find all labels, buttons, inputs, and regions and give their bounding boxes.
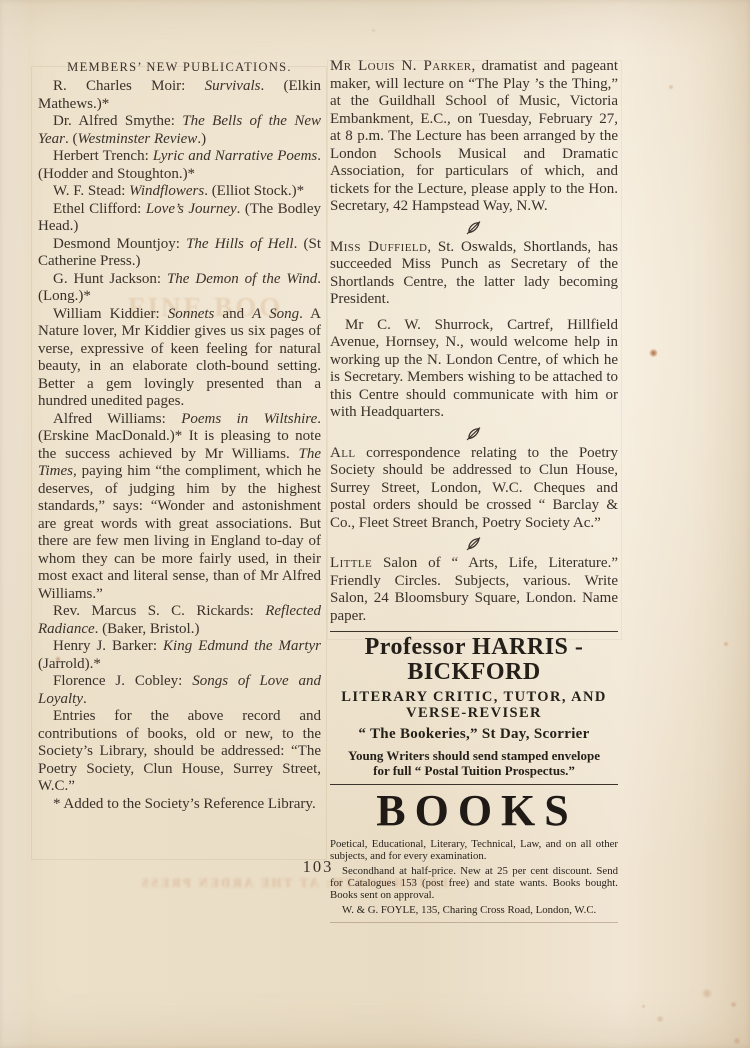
notice-parker-lecture: Mr Louis N. Parker, dramatist and pagean… bbox=[330, 58, 618, 216]
show-through-imprint: LETCHWORTH: AT THE ARDEN PRESS bbox=[148, 876, 448, 891]
advert-headline: Professor HARRIS - BICKFORD bbox=[330, 635, 618, 685]
notice-duffield: Miss Duffield, St. Oswalds, Shortlands, … bbox=[330, 239, 618, 309]
section-divider bbox=[330, 426, 618, 442]
advert-note: for full “ Postal Tuition Prospectus.” bbox=[330, 764, 618, 779]
publication-entry: W. F. Stead: Windflowers. (Elliot Stock.… bbox=[38, 183, 321, 201]
harris-bickford-advert: Professor HARRIS - BICKFORD LITERARY CRI… bbox=[330, 635, 618, 778]
leaf-ornament-icon bbox=[466, 220, 482, 235]
publication-entry: Henry J. Barker: King Edmund the Martyr … bbox=[38, 638, 321, 673]
publication-entry: Dr. Alfred Smythe: The Bells of the New … bbox=[38, 113, 321, 148]
section-heading: MEMBERS’ NEW PUBLICATIONS. bbox=[38, 60, 321, 75]
foxing-spot bbox=[649, 349, 658, 357]
publication-entry: William Kiddier: Sonnets and A Song. A N… bbox=[38, 306, 321, 411]
notice-shurrock: Mr C. W. Shurrock, Cartref, Hillfield Av… bbox=[330, 317, 618, 422]
publication-entry: Desmond Mountjoy: The Hills of Hell. (St… bbox=[38, 236, 321, 271]
advert-role-line: VERSE-REVISER bbox=[330, 705, 618, 721]
notice-little-salon: Little Salon of “ Arts, Life, Literature… bbox=[330, 555, 618, 625]
foxing-spot bbox=[723, 641, 729, 647]
publication-entry: Herbert Trench: Lyric and Narrative Poem… bbox=[38, 148, 321, 183]
publication-entry: Ethel Clifford: Love’s Journey. (The Bod… bbox=[38, 201, 321, 236]
right-column: Mr Louis N. Parker, dramatist and pagean… bbox=[330, 58, 618, 923]
publication-entry: R. Charles Moir: Survivals. (Elkin Mathe… bbox=[38, 78, 321, 113]
advert-note: Young Writers should send stamped envelo… bbox=[330, 749, 618, 764]
advert-bottom-rule bbox=[330, 922, 618, 923]
foxing-spot bbox=[730, 1001, 737, 1008]
foxing-spot bbox=[701, 988, 713, 999]
page-number: 103 bbox=[292, 857, 344, 877]
foyle-books-advert: BOOKS Poetical, Educational, Literary, T… bbox=[330, 788, 618, 916]
foxing-spot bbox=[641, 1004, 646, 1009]
foxing-spot bbox=[656, 1015, 664, 1023]
publication-entry: Rev. Marcus S. C. Rickards: Reflected Ra… bbox=[38, 603, 321, 638]
section-divider bbox=[330, 536, 618, 552]
notice-correspondence: All correspondence relating to the Poetr… bbox=[330, 445, 618, 533]
advert-divider-rule bbox=[330, 784, 618, 785]
scanned-page: FINE BOO MEMBERS’ NEW PUBLICATIONS. R. C… bbox=[0, 0, 750, 1048]
advert-headline: BOOKS bbox=[330, 788, 618, 834]
leaf-ornament-icon bbox=[466, 536, 482, 551]
foxing-spot bbox=[668, 84, 674, 90]
reference-library-note: * Added to the Society’s Reference Libra… bbox=[38, 796, 321, 814]
section-divider bbox=[330, 220, 618, 236]
foxing-spot bbox=[733, 1037, 741, 1045]
left-column: MEMBERS’ NEW PUBLICATIONS. R. Charles Mo… bbox=[38, 58, 321, 813]
advert-body-text: Poetical, Educational, Literary, Technic… bbox=[330, 838, 618, 862]
publication-entry: G. Hunt Jackson: The Demon of the Wind. … bbox=[38, 271, 321, 306]
advert-address: “ The Bookeries,” St Day, Scorrier bbox=[330, 726, 618, 743]
advert-divider-rule bbox=[330, 631, 618, 632]
advert-address: W. & G. FOYLE, 135, Charing Cross Road, … bbox=[330, 904, 618, 916]
leaf-ornament-icon bbox=[466, 426, 482, 441]
advert-role-line: LITERARY CRITIC, TUTOR, AND bbox=[330, 689, 618, 705]
entries-notice: Entries for the above record and contrib… bbox=[38, 708, 321, 796]
foxing-spot bbox=[371, 28, 376, 33]
publication-entry: Alfred Williams: Poems in Wiltshire. (Er… bbox=[38, 411, 321, 604]
publication-entry: Florence J. Cobley: Songs of Love and Lo… bbox=[38, 673, 321, 708]
